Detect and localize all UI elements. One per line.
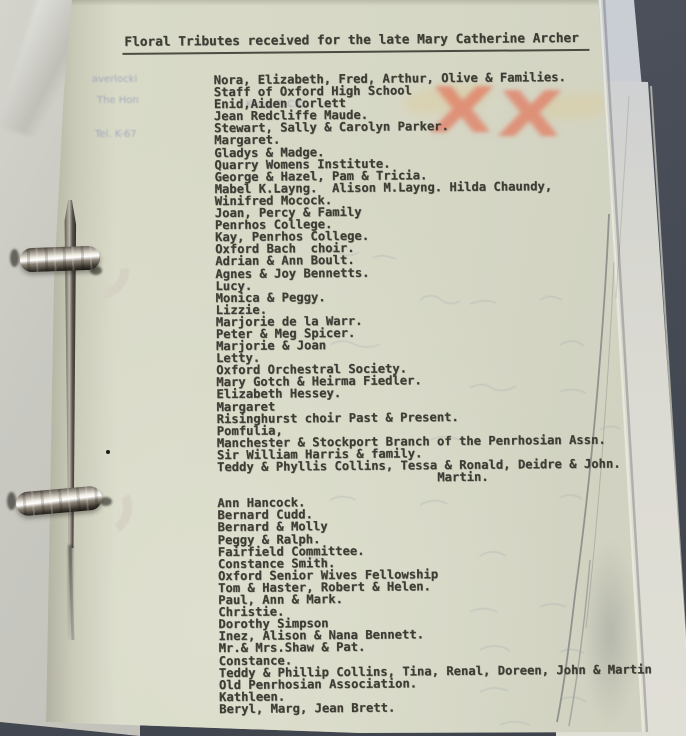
tribute-list: Nora, Elizabeth, Fred, Arthur, Olive & F… [214, 70, 652, 715]
tribute-line: Teddy & Phillip Collins, Tina, Renal, Do… [219, 663, 652, 679]
tribute-line: Beryl, Marg, Jean Brett. [219, 699, 652, 715]
photo-of-binder-page: X X averlockiThe HonKong, B.C.C.Tel. K-6… [0, 0, 686, 736]
page-title: Floral Tributes received for the late Ma… [122, 31, 589, 55]
ring-hole [10, 249, 19, 267]
paper-speck [106, 450, 110, 454]
typed-content: Floral Tributes received for the late Ma… [0, 0, 686, 736]
spine-shadow [68, 545, 73, 640]
ring-hole [7, 492, 16, 510]
binder-ring-icon [20, 246, 101, 273]
